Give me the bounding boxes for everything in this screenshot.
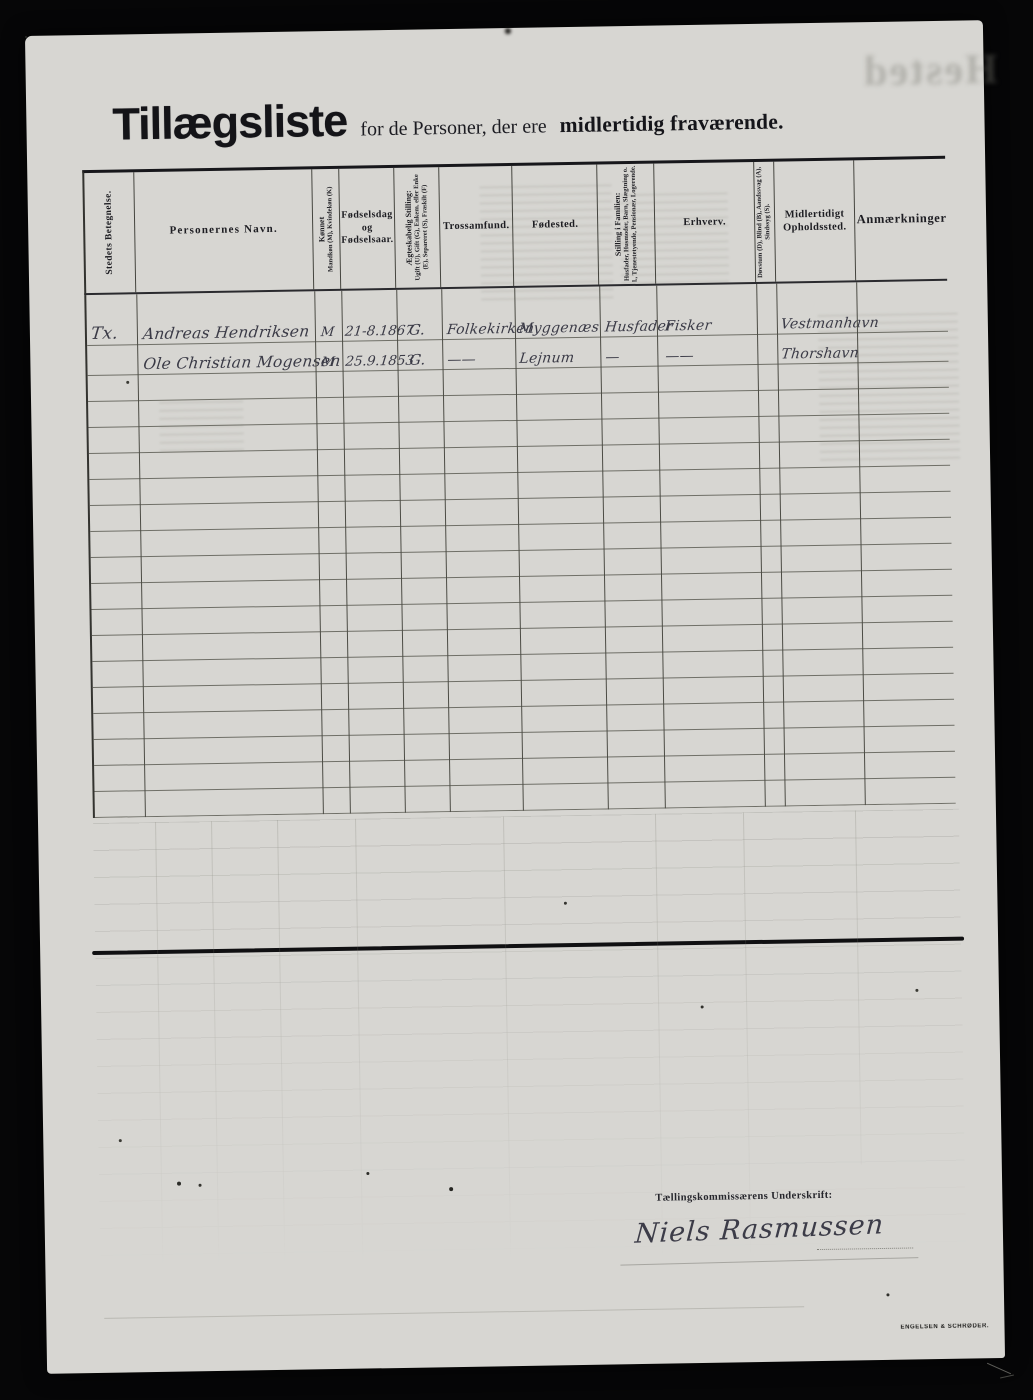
cell-aegteskab: G. xyxy=(408,322,426,338)
col-header-erhverv: Erhverv. xyxy=(654,162,756,284)
col-header-dovstum: Døvstum (D), Blind (B), Aandssvag (A), S… xyxy=(754,162,776,282)
document-page: Hested Tillægsliste for de Personer, der… xyxy=(25,20,1005,1374)
title-subtitle-bold: midlertidig fraværende. xyxy=(559,109,783,138)
cell-navn: Ole Christian Mogensen xyxy=(142,352,341,373)
cell-tro: —— xyxy=(447,352,477,369)
col-header-sted: Stedets Betegnelse. xyxy=(84,172,136,293)
cell-fodested: Lejnum xyxy=(519,350,576,367)
bleedthrough-grid xyxy=(93,809,967,1328)
cell-kon: M xyxy=(320,325,335,340)
scanner-scratch xyxy=(1000,1375,1014,1379)
title-main: Tillægsliste xyxy=(112,95,348,151)
bleedthrough-text: Hested xyxy=(767,46,998,98)
cell-fodested: Myggenæs xyxy=(518,320,600,337)
cell-fodsel: 25.9.1853 xyxy=(345,353,415,370)
col-header-tro: Trossamfund. xyxy=(439,166,514,287)
cell-kon: M xyxy=(321,355,336,370)
table-header-row: Stedets Betegnelse. Personernes Navn. Kø… xyxy=(82,156,947,295)
cell-fodsel: 21-8.1867 xyxy=(344,323,415,340)
census-table: Stedets Betegnelse. Personernes Navn. Kø… xyxy=(82,156,956,818)
cell-ophold: Thorshavn xyxy=(781,345,860,362)
col-header-fodsel: Fødselsdag og Fødselsaar. xyxy=(339,168,396,289)
cell-ophold: Vestmanhavn xyxy=(780,315,880,333)
col-header-navn: Personernes Navn. xyxy=(134,169,314,292)
col-header-anm: Anmærkninger xyxy=(854,159,949,281)
scanner-scratch xyxy=(987,1363,1011,1374)
col-header-fodested: Fødested. xyxy=(512,165,599,286)
cell-navn: Andreas Hendriksen xyxy=(142,322,311,343)
col-header-kon: Kønnet Mandkøn (M), Kvindekøn (K) xyxy=(312,169,341,289)
table-body: Tx.Andreas HendriksenM21-8.1867G.Folkeki… xyxy=(84,281,956,818)
page-title: Tillægsliste for de Personer, der ere mi… xyxy=(112,87,784,150)
scanner-bed: { "page": { "title_main": "Tillægsliste"… xyxy=(0,0,1033,1400)
col-header-stilling: Stilling i Familien: Husfader, Husmoder,… xyxy=(597,164,656,285)
cell-sted: Tx. xyxy=(90,324,119,344)
dust-specks xyxy=(25,36,27,38)
printer-mark: ENGELSEN & SCHRØDER. xyxy=(900,1323,989,1330)
cell-aegteskab: G. xyxy=(409,352,427,368)
title-subtitle: for de Personer, der ere xyxy=(360,115,547,141)
cell-erhverv: Fisker xyxy=(664,318,712,335)
cell-stilling: — xyxy=(605,349,621,365)
col-header-ophold: Midlertidigt Opholdssted. xyxy=(774,160,856,281)
col-header-aegteskab: Ægteskabelig Stilling: Ugift (U), Gift (… xyxy=(394,167,441,288)
cell-erhverv: —— xyxy=(665,348,695,365)
